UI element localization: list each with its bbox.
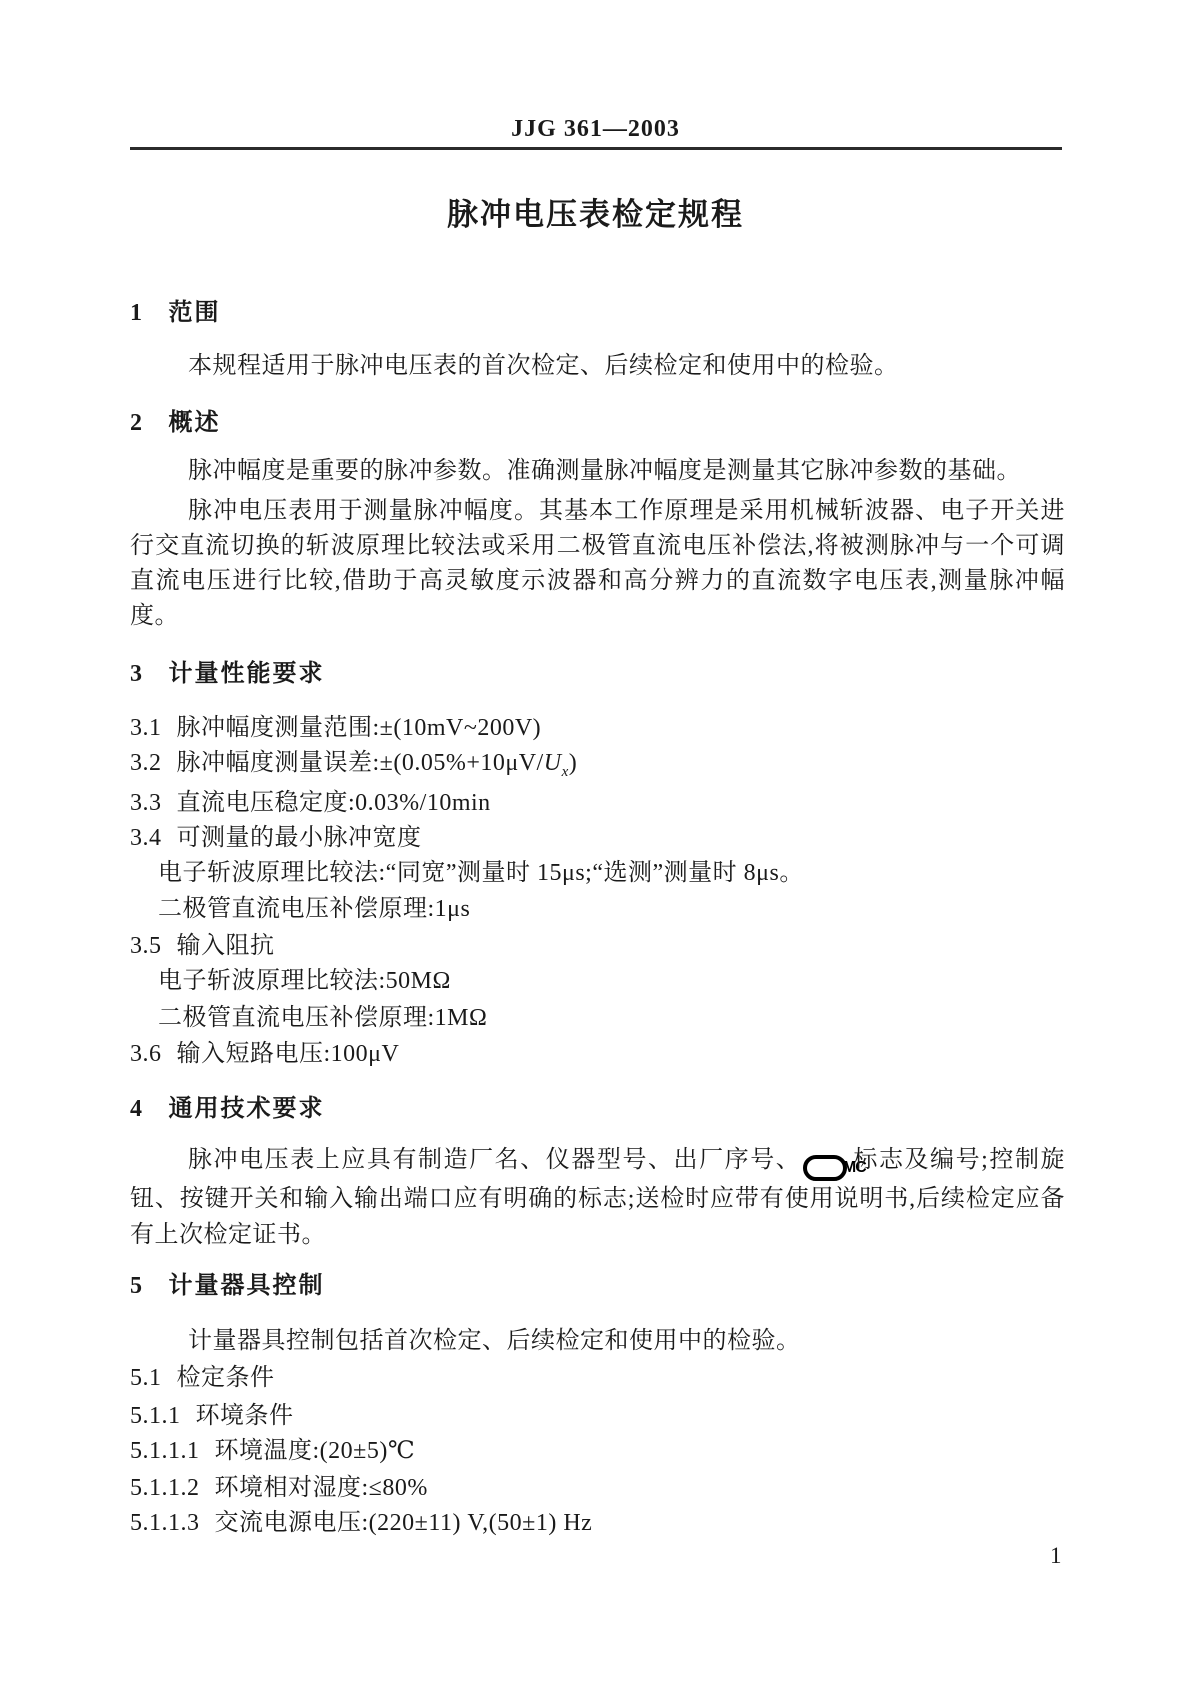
item-3-5-subline-2: 二极管直流电压补偿原理:1MΩ [130, 1003, 1093, 1033]
item-5-1-1-2-text: 环境相对湿度:≤80% [215, 1475, 428, 1501]
item-3-5: 3.5输入阻抗 [130, 931, 1065, 961]
section-4-title: 通用技术要求 [169, 1095, 325, 1122]
section-2-number: 2 [130, 410, 143, 436]
item-3-4-subline-1: 电子斩波原理比较法:“同宽”测量时 15μs;“选测”测量时 8μs。 [130, 858, 1093, 888]
item-5-1-1-1-text: 环境温度:(20±5)℃ [215, 1438, 416, 1464]
page-number: 1 [1002, 1541, 1062, 1571]
item-3-3-number: 3.3 [130, 790, 162, 816]
item-5-1-1-text: 环境条件 [196, 1403, 294, 1429]
item-3-1-number: 3.1 [130, 715, 162, 741]
section-1-paragraph: 本规程适用于脉冲电压表的首次检定、后续检定和使用中的检验。 [130, 351, 1065, 381]
item-3-4-subline-2: 二极管直流电压补偿原理:1μs [130, 894, 1093, 924]
item-5-1-1: 5.1.1环境条件 [130, 1401, 1065, 1431]
section-4-number: 4 [130, 1096, 143, 1122]
section-5-paragraph: 计量器具控制包括首次检定、后续检定和使用中的检验。 [130, 1326, 1065, 1356]
section-3-title: 计量性能要求 [169, 660, 325, 687]
section-2-title: 概述 [169, 409, 221, 436]
section-1-heading: 1范围 [130, 298, 1065, 328]
doc-code-header: JJG 361—2003 [0, 114, 1191, 144]
item-3-5-text: 输入阻抗 [177, 933, 275, 959]
item-5-1-1-3-text: 交流电源电压:(220±11) V,(50±1) Hz [215, 1510, 593, 1536]
item-3-5-number: 3.5 [130, 933, 162, 959]
item-5-1-1-3-number: 5.1.1.3 [130, 1510, 200, 1536]
item-5-1: 5.1检定条件 [130, 1363, 1065, 1393]
item-3-1-text: 脉冲幅度测量范围:±(10mV~200V) [177, 715, 542, 741]
item-3-5-subline-1: 电子斩波原理比较法:50MΩ [130, 966, 1093, 996]
section-3-heading: 3计量性能要求 [130, 659, 1065, 689]
item-5-1-number: 5.1 [130, 1365, 162, 1391]
item-3-6-number: 3.6 [130, 1041, 162, 1067]
item-5-1-1-3: 5.1.1.3交流电源电压:(220±11) V,(50±1) Hz [130, 1508, 1065, 1538]
section-1-title: 范围 [169, 299, 221, 326]
item-3-2-number: 3.2 [130, 750, 162, 776]
header-rule [130, 147, 1062, 150]
section-2-paragraph-1: 脉冲幅度是重要的脉冲参数。准确测量脉冲幅度是测量其它脉冲参数的基础。 [130, 456, 1065, 486]
item-5-1-1-number: 5.1.1 [130, 1403, 181, 1429]
item-5-1-1-2: 5.1.1.2环境相对湿度:≤80% [130, 1473, 1065, 1503]
item-5-1-1-2-number: 5.1.1.2 [130, 1475, 200, 1501]
section-4-paragraph-pre: 脉冲电压表上应具有制造厂名、仪器型号、出厂序号、 [188, 1147, 801, 1173]
document-page: JJG 361—2003 脉冲电压表检定规程 1范围 本规程适用于脉冲电压表的首… [0, 0, 1191, 1684]
section-3-number: 3 [130, 661, 143, 687]
section-2-paragraph-2: 脉冲电压表用于测量脉冲幅度。其基本工作原理是采用机械斩波器、电子开关进行交直流切… [130, 494, 1065, 634]
item-3-2-u-symbol: U [544, 750, 562, 776]
item-5-1-text: 检定条件 [177, 1365, 275, 1391]
item-3-4-number: 3.4 [130, 825, 162, 851]
item-3-2-subscript: x [562, 764, 569, 780]
item-3-2-text-pre: 脉冲幅度测量误差:±(0.05%+10μV/ [177, 750, 544, 776]
item-3-2-text: 脉冲幅度测量误差:±(0.05%+10μV/Ux) [177, 750, 578, 776]
section-5-heading: 5计量器具控制 [130, 1271, 1065, 1301]
section-1-number: 1 [130, 300, 143, 326]
item-3-2: 3.2脉冲幅度测量误差:±(0.05%+10μV/Ux) [130, 748, 1065, 778]
section-2-heading: 2概述 [130, 408, 1065, 438]
item-5-1-1-1-number: 5.1.1.1 [130, 1438, 200, 1464]
section-5-number: 5 [130, 1273, 143, 1299]
item-3-3: 3.3直流电压稳定度:0.03%/10min [130, 788, 1065, 818]
doc-title: 脉冲电压表检定规程 [0, 200, 1191, 230]
item-3-6: 3.6输入短路电压:100μV [130, 1039, 1065, 1069]
item-3-6-text: 输入短路电压:100μV [177, 1041, 400, 1067]
section-4-paragraph: 脉冲电压表上应具有制造厂名、仪器型号、出厂序号、MC标志及编号;控制旋钮、按键开… [130, 1142, 1065, 1253]
item-3-4: 3.4可测量的最小脉冲宽度 [130, 823, 1065, 853]
item-3-3-text: 直流电压稳定度:0.03%/10min [177, 790, 491, 816]
item-3-1: 3.1脉冲幅度测量范围:±(10mV~200V) [130, 713, 1065, 743]
item-5-1-1-1: 5.1.1.1环境温度:(20±5)℃ [130, 1436, 1065, 1466]
item-3-4-text: 可测量的最小脉冲宽度 [177, 825, 422, 851]
section-4-heading: 4通用技术要求 [130, 1094, 1065, 1124]
section-5-title: 计量器具控制 [169, 1272, 325, 1299]
item-3-2-text-post: ) [569, 750, 578, 776]
cmc-mark-icon: MC [803, 1155, 847, 1181]
